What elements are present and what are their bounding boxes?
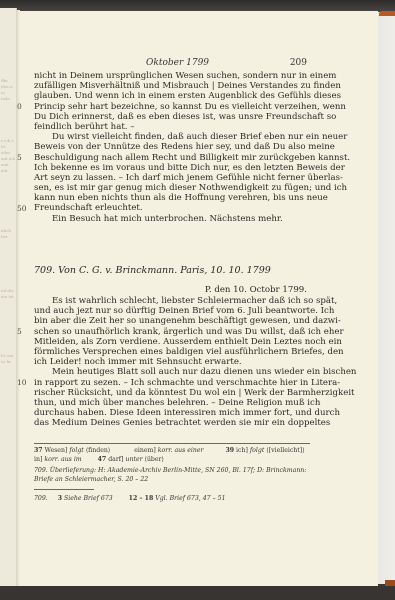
variant-note: unter <box>125 456 142 463</box>
variant-apparatus-line: in] korr. aus im 47 darf] unter ⟨über⟩ <box>34 455 310 464</box>
variant-lemma: ich] <box>236 447 248 454</box>
variant-text: ⟨über⟩ <box>145 456 164 463</box>
line-number: 10 <box>17 378 27 387</box>
scan-background-bottom <box>0 586 395 600</box>
text-line: Es ist wahrlich schlecht, liebster Schle… <box>34 296 307 306</box>
text-line: ich Leider! noch immer mit Sehnsucht erw… <box>34 357 307 367</box>
text-line: das Medium Deines Genies betrachtet werd… <box>34 418 307 428</box>
commentary-line-ref: 12 – 18 <box>129 495 154 502</box>
variant-apparatus-line: 37 Wesen] folgt ⟨finden⟩ einem] korr. au… <box>34 446 310 455</box>
line-number: 5 <box>17 327 22 336</box>
text-line: Du Dich erinnerst, daß es eben dieses is… <box>34 112 307 122</box>
transmission-note: Briefe an Schleiermacher, S. 20 – 22 <box>34 475 310 484</box>
text-line: Mitleiden, als Zorn verdiene. Ausserdem … <box>34 337 307 347</box>
text-line: Ein Besuch hat mich unterbrochen. Nächst… <box>34 214 307 224</box>
line-number: 50 <box>17 204 27 213</box>
text-line: durchaus haben. Diese Ideen interessiren… <box>34 408 307 418</box>
facing-page-ghost-text: r ich r ht eder aut ich aun mit <box>1 138 15 174</box>
variant-note: korr. aus einer <box>158 447 204 454</box>
facing-page-edge: ffin ifen n in tade r ich r ht eder aut … <box>0 8 17 593</box>
text-line: Art seyn zu lassen. – Ich darf mich jene… <box>34 173 307 183</box>
text-line: Beschuldigung nach allem Recht und Billi… <box>34 153 307 163</box>
variant-text: ⟨finden⟩ <box>86 447 111 454</box>
variant-ref: 47 <box>98 456 107 463</box>
commentary-rule <box>34 489 94 490</box>
variant-note: folgt <box>69 447 83 454</box>
letter-dateline: P. den 10. Octobr 1799. <box>205 285 307 295</box>
variant-ref: 39 <box>225 447 234 454</box>
line-number: 0 <box>17 102 22 111</box>
text-line: thun, und mich über manches belehren. – … <box>34 398 307 408</box>
text-line: und auch jezt nur so dürftig Deinen Brie… <box>34 306 307 316</box>
variant-lemma: einem] <box>134 447 156 454</box>
text-line: rischer Rücksicht, und da könntest Du wo… <box>34 388 307 398</box>
transmission-note: 709. Überlieferung: H: Akademie-Archiv B… <box>34 466 310 475</box>
variant-ref: 37 <box>34 447 43 454</box>
text-line: feindlich berührt hat. – <box>34 122 307 132</box>
text-line: Mein heutiges Blatt soll auch nur dazu d… <box>34 367 307 377</box>
facing-page-ghost-text: nd die ein ist <box>1 288 15 300</box>
variant-lemma: darf] <box>108 456 123 463</box>
text-line: Beweis von der Unnütze des Redens hier s… <box>34 142 307 152</box>
commentary-ref: 709. <box>34 495 48 502</box>
variant-note: folgt <box>250 447 264 454</box>
text-line: nicht in Deinem ursprünglichen Wesen suc… <box>34 71 307 81</box>
commentary-text: Vgl. Brief 673, 47 – 51 <box>155 495 225 502</box>
line-number: 5 <box>17 153 22 162</box>
apparatus-rule <box>34 443 310 444</box>
variant-lemma: Wesen] <box>45 447 68 454</box>
text-line: förmliches Versprechen eines baldigen vi… <box>34 347 307 357</box>
text-line: glauben. Und wenn ich in einem ersten Au… <box>34 91 307 101</box>
text-line: sen, es ist mir gar genug mich dieser No… <box>34 183 307 193</box>
commentary-text: Siehe Brief 673 <box>64 495 113 502</box>
text-line: zufälligen Misverhältniß und Misbrauch |… <box>34 81 307 91</box>
commentary-line-ref: 3 <box>58 495 62 502</box>
letter-709-text: Es ist wahrlich schlecht, liebster Schle… <box>34 296 307 428</box>
text-line: Freundschaft erleuchtet. <box>34 203 307 213</box>
text-line: Du wirst vielleicht finden, daß auch die… <box>34 132 307 142</box>
variant-text: ⟨[vielleicht]⟩ <box>266 447 304 454</box>
letter-heading: 709. Von C. G. v. Brinckmann. Paris, 10.… <box>34 265 271 276</box>
letter-continuation-text: nicht in Deinem ursprünglichen Wesen suc… <box>34 71 307 224</box>
running-head-title: Oktober 1799 <box>146 58 209 68</box>
text-line: in rapport zu sezen. – Ich schmachte und… <box>34 378 307 388</box>
facing-page-ghost-text: ht ose or ht <box>1 353 15 365</box>
text-line: bin aber die Zeit her so unangenehm besc… <box>34 316 307 326</box>
text-line: schen so unaufhörlich krank, ärgerlich u… <box>34 327 307 337</box>
facing-page-ghost-text: nlich ber <box>1 228 15 240</box>
facing-page-ghost-text: ffin ifen n in tade <box>1 78 15 102</box>
page-number: 209 <box>290 58 307 68</box>
text-line: Princip sehr hart bezeichne, so kannst D… <box>34 102 307 112</box>
text-line: kann nun eben nichts thun als die Hoffnu… <box>34 193 307 203</box>
text-line: Ich bekenne es im voraus und bitte Dich … <box>34 163 307 173</box>
commentary-line: 709. 3 Siehe Brief 673 12 – 18 Vgl. Brie… <box>34 494 310 503</box>
book-cover-corner <box>379 11 395 16</box>
variant-note: korr. aus im <box>44 456 81 463</box>
page-edge-right <box>376 12 395 584</box>
variant-lemma: in] <box>34 456 42 463</box>
